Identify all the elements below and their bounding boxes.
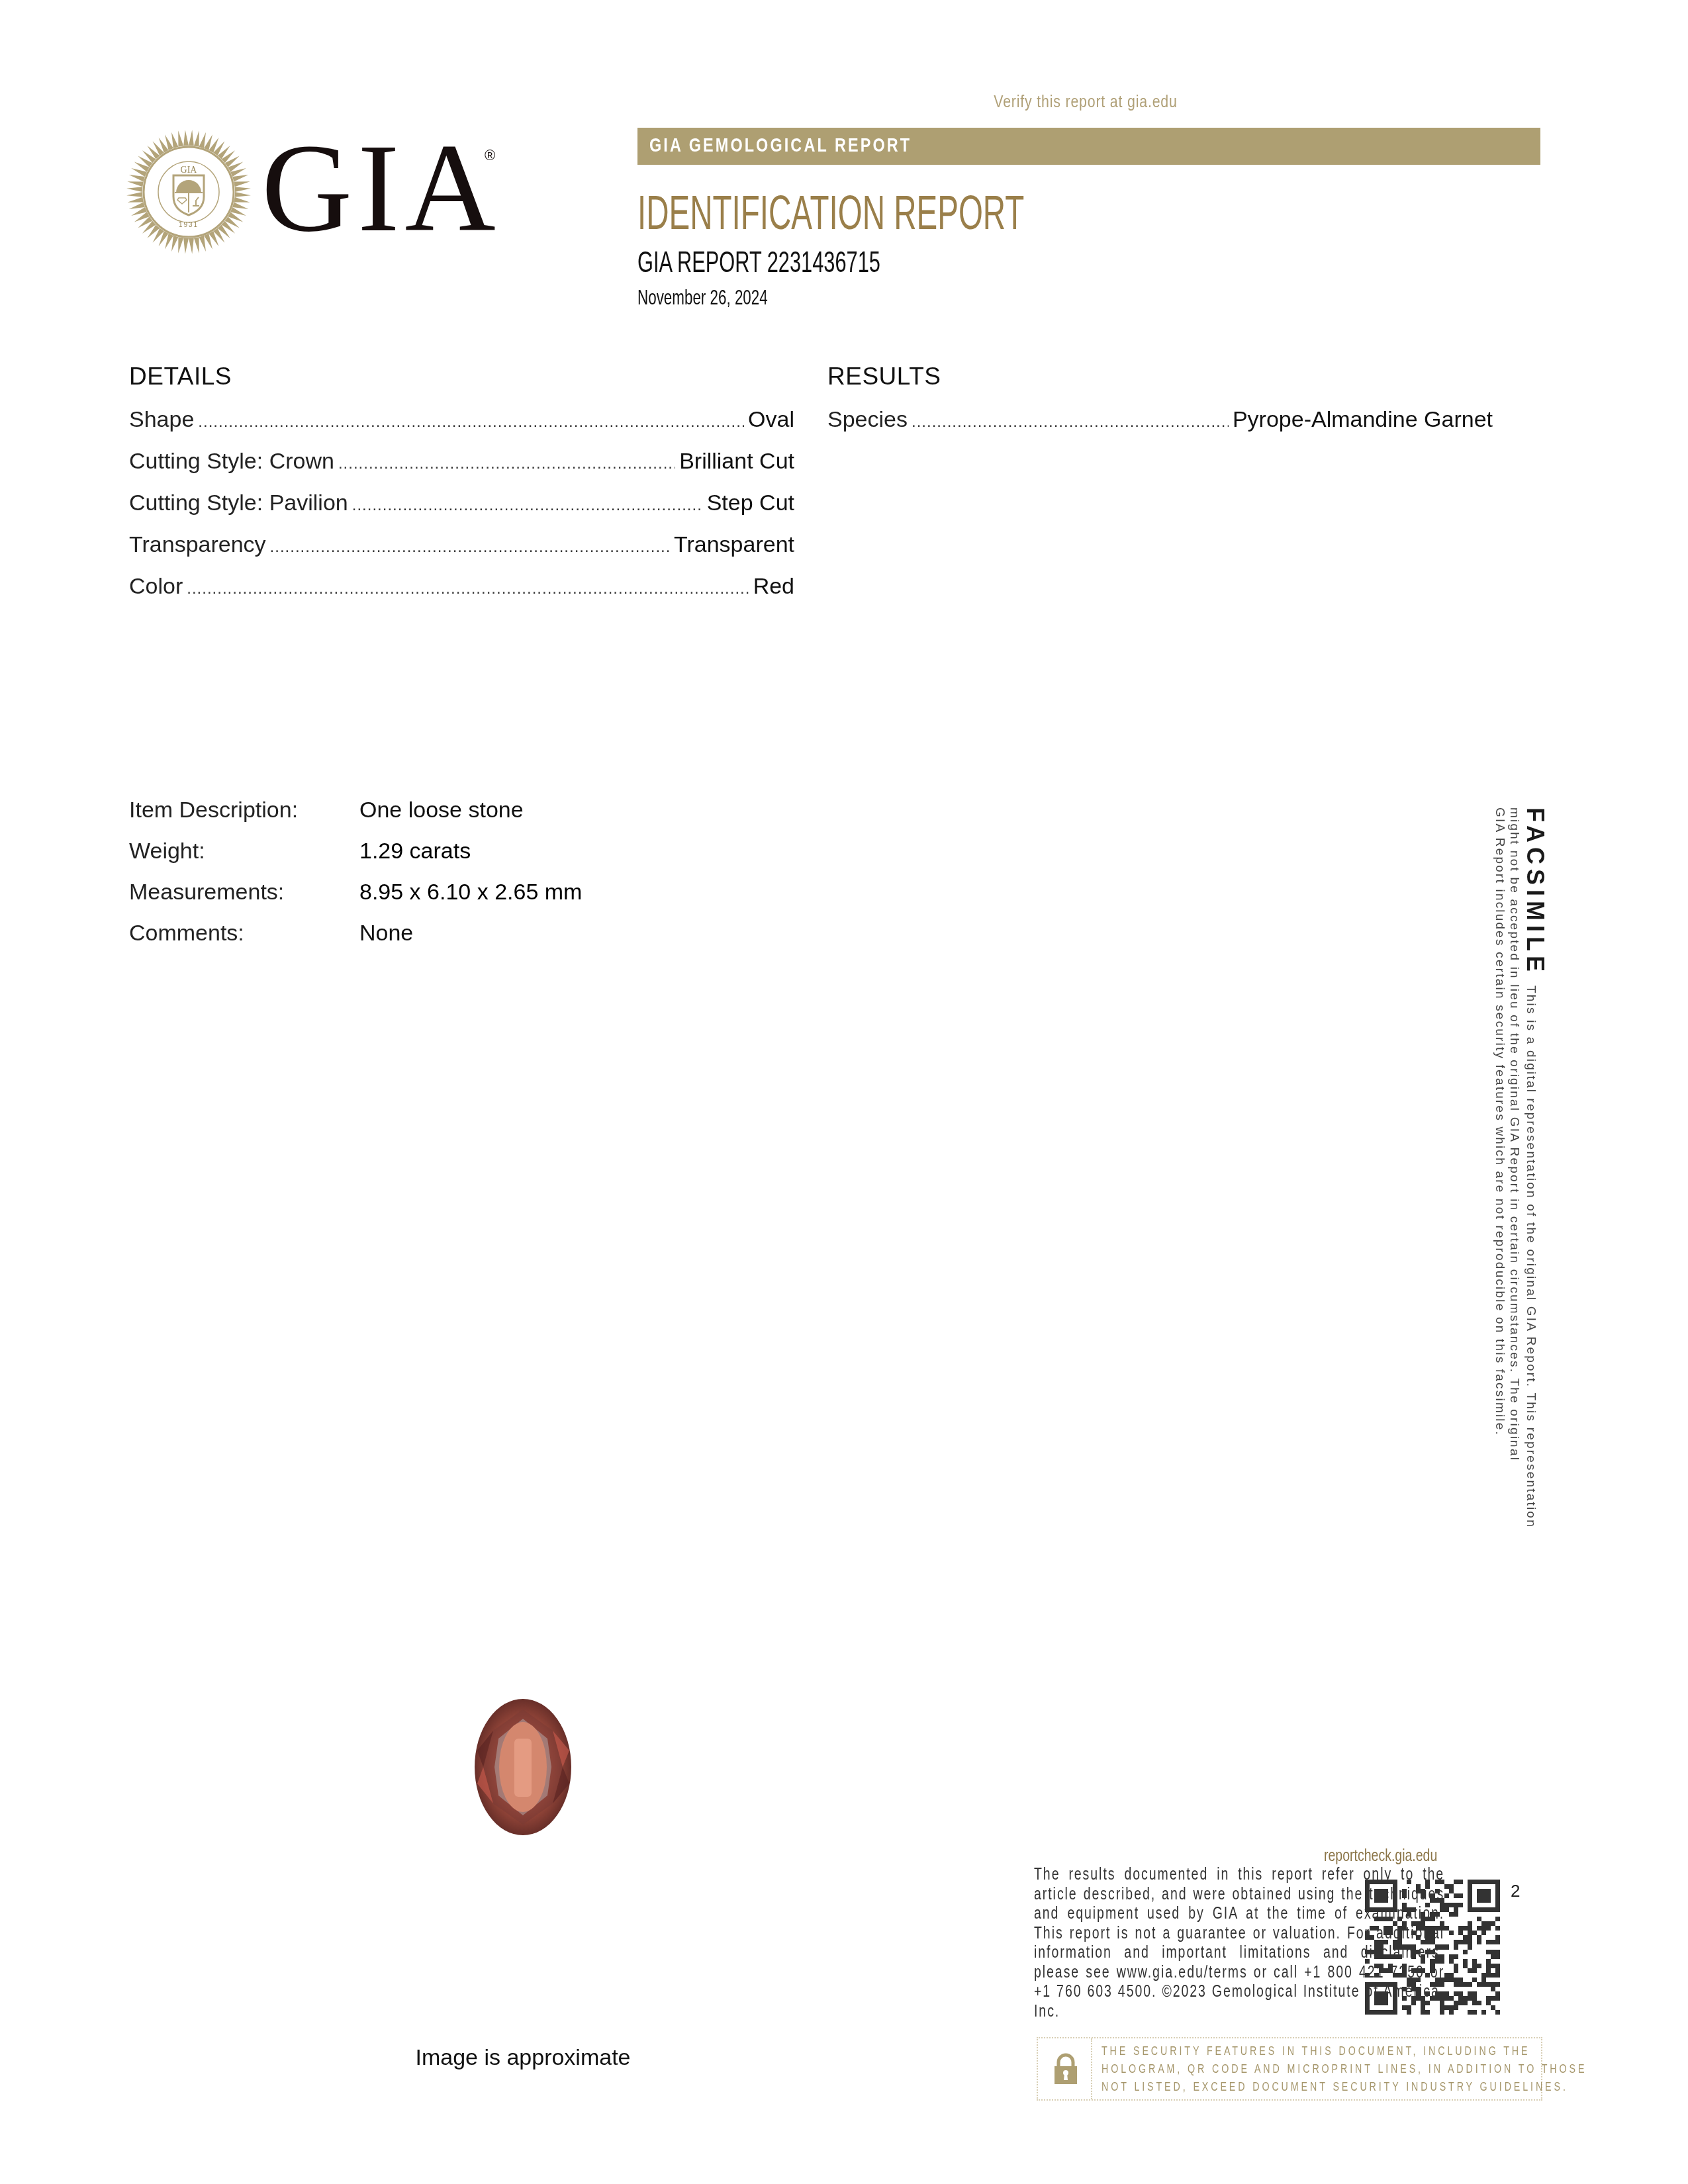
gem-image-caption: Image is approximate: [371, 2045, 675, 2071]
detail-row: Shape...................................…: [129, 407, 794, 433]
facsimile-notice: FACSIMILE This is a digital representati…: [1492, 807, 1549, 1528]
details-heading: DETAILS: [129, 363, 232, 390]
detail-value: Oval: [748, 407, 794, 433]
seal-icon: GIA 1931: [126, 129, 252, 255]
description-value: 1.29 carats: [359, 839, 471, 864]
facsimile-title: FACSIMILE: [1521, 807, 1549, 976]
dot-leader: ........................................…: [352, 496, 703, 515]
facsimile-line-3: GIA Report includes certain security fea…: [1492, 807, 1507, 1528]
registered-mark: ®: [485, 147, 495, 164]
detail-value: Transparent: [674, 532, 794, 558]
dot-leader: ........................................…: [270, 538, 670, 557]
security-text: THE SECURITY FEATURES IN THIS DOCUMENT, …: [1102, 2042, 1528, 2096]
seal-inner-text: GIA: [181, 165, 198, 175]
banner-title: GIA GEMOLOGICAL REPORT: [649, 134, 912, 157]
report-banner: GIA GEMOLOGICAL REPORT: [637, 128, 1540, 165]
gia-wordmark: GIA: [261, 126, 501, 251]
description-label: Comments:: [129, 921, 244, 946]
detail-row: Species.................................…: [827, 407, 1493, 433]
detail-label: Color: [129, 574, 183, 600]
description-label: Measurements:: [129, 880, 284, 905]
description-label: Item Description:: [129, 797, 298, 823]
detail-label: Transparency: [129, 532, 266, 558]
report-type-title: IDENTIFICATION REPORT: [637, 187, 1024, 239]
security-line-1: THE SECURITY FEATURES IN THIS DOCUMENT, …: [1102, 2042, 1528, 2060]
dot-leader: ........................................…: [338, 455, 675, 473]
detail-row: Cutting Style: Crown ...................…: [129, 449, 794, 475]
detail-value: Red: [753, 574, 794, 600]
qr-code-icon: [1365, 1880, 1500, 2015]
description-label: Weight:: [129, 839, 205, 864]
lock-icon: [1053, 2053, 1079, 2085]
security-notice: THE SECURITY FEATURES IN THIS DOCUMENT, …: [1037, 2037, 1542, 2101]
detail-value: Step Cut: [707, 490, 794, 516]
seal-year: 1931: [179, 222, 199, 229]
reportcheck-link[interactable]: reportcheck.gia.edu: [1324, 1845, 1437, 1866]
detail-label: Cutting Style: Crown: [129, 449, 334, 475]
detail-row: Cutting Style: Pavilion ................…: [129, 490, 794, 516]
detail-row: Color...................................…: [129, 574, 794, 600]
oval-gem-icon: [473, 1698, 573, 1837]
detail-value: Brilliant Cut: [679, 449, 794, 475]
lock-cell: [1038, 2038, 1092, 2099]
report-date: November 26, 2024: [637, 285, 768, 309]
dot-leader: ........................................…: [187, 580, 749, 598]
report-number: GIA REPORT 2231436715: [637, 246, 880, 279]
description-value: One loose stone: [359, 797, 524, 823]
detail-label: Shape: [129, 407, 194, 433]
description-value: 8.95 x 6.10 x 2.65 mm: [359, 880, 582, 905]
security-line-3: NOT LISTED, EXCEED DOCUMENT SECURITY IND…: [1102, 2078, 1528, 2096]
facsimile-line-2: might not be accepted in lieu of the ori…: [1507, 807, 1521, 1528]
detail-row: Transparency ...........................…: [129, 532, 794, 558]
gem-image: [473, 1698, 573, 1837]
facsimile-line-1: This is a digital representation of the …: [1523, 985, 1538, 1528]
detail-value: Pyrope-Almandine Garnet: [1233, 407, 1493, 433]
verify-link[interactable]: Verify this report at gia.edu: [988, 91, 1183, 112]
dot-leader: ........................................…: [198, 413, 744, 432]
detail-label: Cutting Style: Pavilion: [129, 490, 348, 516]
qr-code[interactable]: [1365, 1880, 1500, 2015]
description-value: None: [359, 921, 413, 946]
qr-page-number: 2: [1511, 1881, 1520, 1901]
dot-leader: ........................................…: [912, 413, 1229, 432]
gia-seal-logo: GIA 1931: [126, 129, 252, 255]
security-line-2: HOLOGRAM, QR CODE AND MICROPRINT LINES, …: [1102, 2060, 1528, 2078]
detail-label: Species: [827, 407, 908, 433]
results-heading: RESULTS: [827, 363, 941, 390]
